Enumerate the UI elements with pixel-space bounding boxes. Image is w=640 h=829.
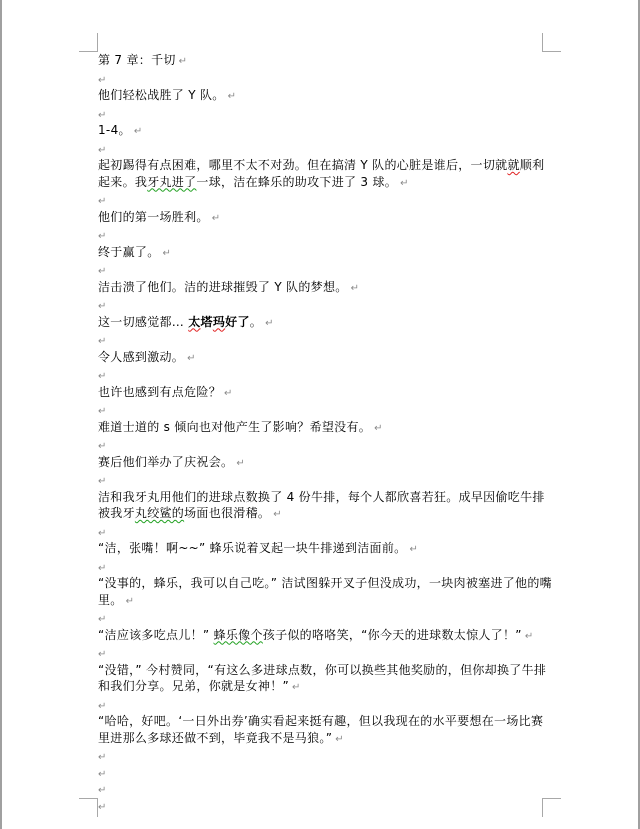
paragraph-mark-icon: ↵ [228,91,237,102]
paragraph-mark-icon: ↵ [98,769,107,780]
empty-paragraph[interactable]: ↵ [98,781,554,798]
empty-paragraph[interactable]: ↵ [98,402,554,419]
text-run: 终于赢了。 [98,245,160,259]
empty-paragraph[interactable]: ↵ [98,141,554,158]
text-run: 赛后他们举办了庆祝会。 [98,455,233,469]
text-run: 一球，洁在蜂乐的助攻下进了 3 球。 [196,175,397,189]
empty-paragraph[interactable]: ↵ [98,748,554,765]
paragraph-mark-icon: ↵ [98,752,107,763]
paragraph-mark-icon: ↵ [98,441,107,452]
paragraph[interactable]: 洁击溃了他们。洁的进球摧毁了 Y 队的梦想。↵ [98,279,554,298]
paragraph-mark-icon: ↵ [126,596,135,607]
paragraph-mark-icon: ↵ [400,178,409,189]
paragraph-mark-icon: ↵ [98,802,107,813]
paragraph[interactable]: 终于赢了。↵ [98,244,554,263]
paragraph[interactable]: “没错，” 今村赞同，“有这么多进球点数，你可以换些其他奖励的，但你却换了牛排和… [98,662,554,697]
empty-paragraph[interactable]: ↵ [98,192,554,209]
paragraph-mark-icon: ↵ [134,126,143,137]
paragraph-mark-icon: ↵ [351,283,360,294]
text-run: 第 7 章：千切 [98,53,176,67]
paragraph-mark-icon: ↵ [525,631,534,642]
paragraph[interactable]: 洁和我牙丸用他们的进球点数换了 4 份牛排，每个人都欣喜若狂。成早因偷吃牛排被我… [98,489,554,524]
paragraph-mark-icon: ↵ [98,75,107,86]
paragraph[interactable]: “哈哈，好吧。‘一日外出券’确实看起来挺有趣，但以我现在的水平要想在一场比赛里进… [98,713,554,748]
paragraph-mark-icon: ↵ [335,734,344,745]
paragraph[interactable]: 赛后他们举办了庆祝会。↵ [98,454,554,473]
paragraph-mark-icon: ↵ [98,301,107,312]
paragraph[interactable]: 起初踢得有点困难，哪里不太不对劲。但在搞清 Y 队的心脏是谁后，一切就就顺利起来… [98,157,554,192]
paragraph-mark-icon: ↵ [98,196,107,207]
text-run: 洁击溃了他们。洁的进球摧毁了 Y 队的梦想。 [98,280,348,294]
margin-corner-top-right [542,33,561,52]
paragraph-mark-icon: ↵ [98,785,107,796]
paragraph-mark-icon: ↵ [273,509,282,520]
empty-paragraph[interactable]: ↵ [98,437,554,454]
empty-paragraph[interactable]: ↵ [98,472,554,489]
text-run: 1-4。 [98,123,131,137]
text-run: 玛 [213,315,225,329]
paragraph-mark-icon: ↵ [98,614,107,625]
paragraph[interactable]: 难道士道的 s 倾向也对他产生了影响？希望没有。↵ [98,419,554,438]
paragraph-mark-icon: ↵ [98,563,107,574]
empty-paragraph[interactable]: ↵ [98,765,554,782]
empty-paragraph[interactable]: ↵ [98,227,554,244]
paragraph-mark-icon: ↵ [163,248,172,259]
text-run: 丸绞鲨的 [135,506,184,520]
paragraph-mark-icon: ↵ [98,476,107,487]
paragraph-mark-icon: ↵ [98,371,107,382]
paragraph[interactable]: “洁应该多吃点儿！” 蜂乐像个孩子似的咯咯笑，“你今天的进球数太惊人了！”↵ [98,627,554,646]
empty-paragraph[interactable]: ↵ [98,367,554,384]
paragraph-mark-icon: ↵ [292,682,301,693]
paragraph[interactable]: 他们轻松战胜了 Y 队。↵ [98,87,554,106]
empty-paragraph[interactable]: ↵ [98,798,554,815]
text-run: 他们的第一场胜利。 [98,210,209,224]
paragraph-mark-icon: ↵ [224,388,233,399]
paragraph-mark-icon: ↵ [265,318,274,329]
paragraph-mark-icon: ↵ [98,336,107,347]
paragraph[interactable]: 令人感到激动。↵ [98,349,554,368]
document-body[interactable]: 第 7 章：千切↵↵他们轻松战胜了 Y 队。↵↵1-4。↵↵起初踢得有点困难，哪… [98,52,554,814]
text-run: 。 [250,315,262,329]
paragraph-mark-icon: ↵ [98,110,107,121]
paragraph-mark-icon: ↵ [98,266,107,277]
paragraph-mark-icon: ↵ [98,701,107,712]
text-run: 难道士道的 s 倾向也对他产生了影响？希望没有。 [98,420,371,434]
paragraph[interactable]: 第 7 章：千切↵ [98,52,554,71]
text-run: 蜂乐像个 [214,628,263,642]
paragraph-mark-icon: ↵ [409,544,418,555]
paragraph[interactable]: 1-4。↵ [98,122,554,141]
text-run: “没错，” 今村赞同，“有这么多进球点数，你可以换些其他奖励的，但你却换了牛排和… [98,663,546,694]
empty-paragraph[interactable]: ↵ [98,71,554,88]
paragraph-mark-icon: ↵ [236,458,245,469]
text-run: “哈哈，好吧。‘一日外出券’确实看起来挺有趣，但以我现在的水平要想在一场比赛里进… [98,714,543,745]
paragraph[interactable]: 也许也感到有点危险？↵ [98,384,554,403]
paragraph-mark-icon: ↵ [374,423,383,434]
text-run: 令人感到激动。 [98,350,184,364]
empty-paragraph[interactable]: ↵ [98,106,554,123]
text-run: 场面也很滑稽。 [184,506,270,520]
text-run: 这一切感觉都… [98,315,188,329]
text-run: 也许也感到有点危险？ [98,385,221,399]
empty-paragraph[interactable]: ↵ [98,262,554,279]
empty-paragraph[interactable]: ↵ [98,332,554,349]
text-run: “洁应该多吃点儿！” [98,628,214,642]
paragraph-mark-icon: ↵ [179,56,188,67]
paragraph-mark-icon: ↵ [98,528,107,539]
text-run: 牙丸进了 [147,175,196,189]
paragraph[interactable]: 这一切感觉都… 太塔玛好了。↵ [98,314,554,333]
paragraph-mark-icon: ↵ [98,649,107,660]
empty-paragraph[interactable]: ↵ [98,697,554,714]
paragraph-mark-icon: ↵ [98,231,107,242]
text-run: “洁，张嘴！啊~~” 蜂乐说着叉起一块牛排递到洁面前。 [98,541,406,555]
paragraph[interactable]: “洁，张嘴！啊~~” 蜂乐说着叉起一块牛排递到洁面前。↵ [98,540,554,559]
paragraph-mark-icon: ↵ [98,145,107,156]
text-run: 就 [507,158,519,172]
paragraph-mark-icon: ↵ [98,406,107,417]
text-run: “没事的，蜂乐，我可以自己吃。” 洁试图躲开叉子但没成功，一块肉被塞进了他的嘴里… [98,576,552,607]
empty-paragraph[interactable]: ↵ [98,524,554,541]
empty-paragraph[interactable]: ↵ [98,297,554,314]
empty-paragraph[interactable]: ↵ [98,559,554,576]
paragraph-mark-icon: ↵ [212,213,221,224]
text-run: 塔 [201,315,213,329]
text-run: 好了 [225,315,250,329]
margin-corner-top-left [79,33,98,52]
paragraph[interactable]: “没事的，蜂乐，我可以自己吃。” 洁试图躲开叉子但没成功，一块肉被塞进了他的嘴里… [98,575,554,610]
empty-paragraph[interactable]: ↵ [98,645,554,662]
text-run: 太 [188,315,200,329]
margin-corner-bottom-left [79,798,98,817]
text-run: 孩子似的咯咯笑，“你今天的进球数太惊人了！” [263,628,522,642]
empty-paragraph[interactable]: ↵ [98,610,554,627]
text-run: 起初踢得有点困难，哪里不太不对劲。但在搞清 Y 队的心脏是谁后，一切就 [98,158,507,172]
paragraph-mark-icon: ↵ [187,353,196,364]
text-run: 他们轻松战胜了 Y 队。 [98,88,225,102]
page-left-edge [0,0,2,829]
paragraph[interactable]: 他们的第一场胜利。↵ [98,209,554,228]
